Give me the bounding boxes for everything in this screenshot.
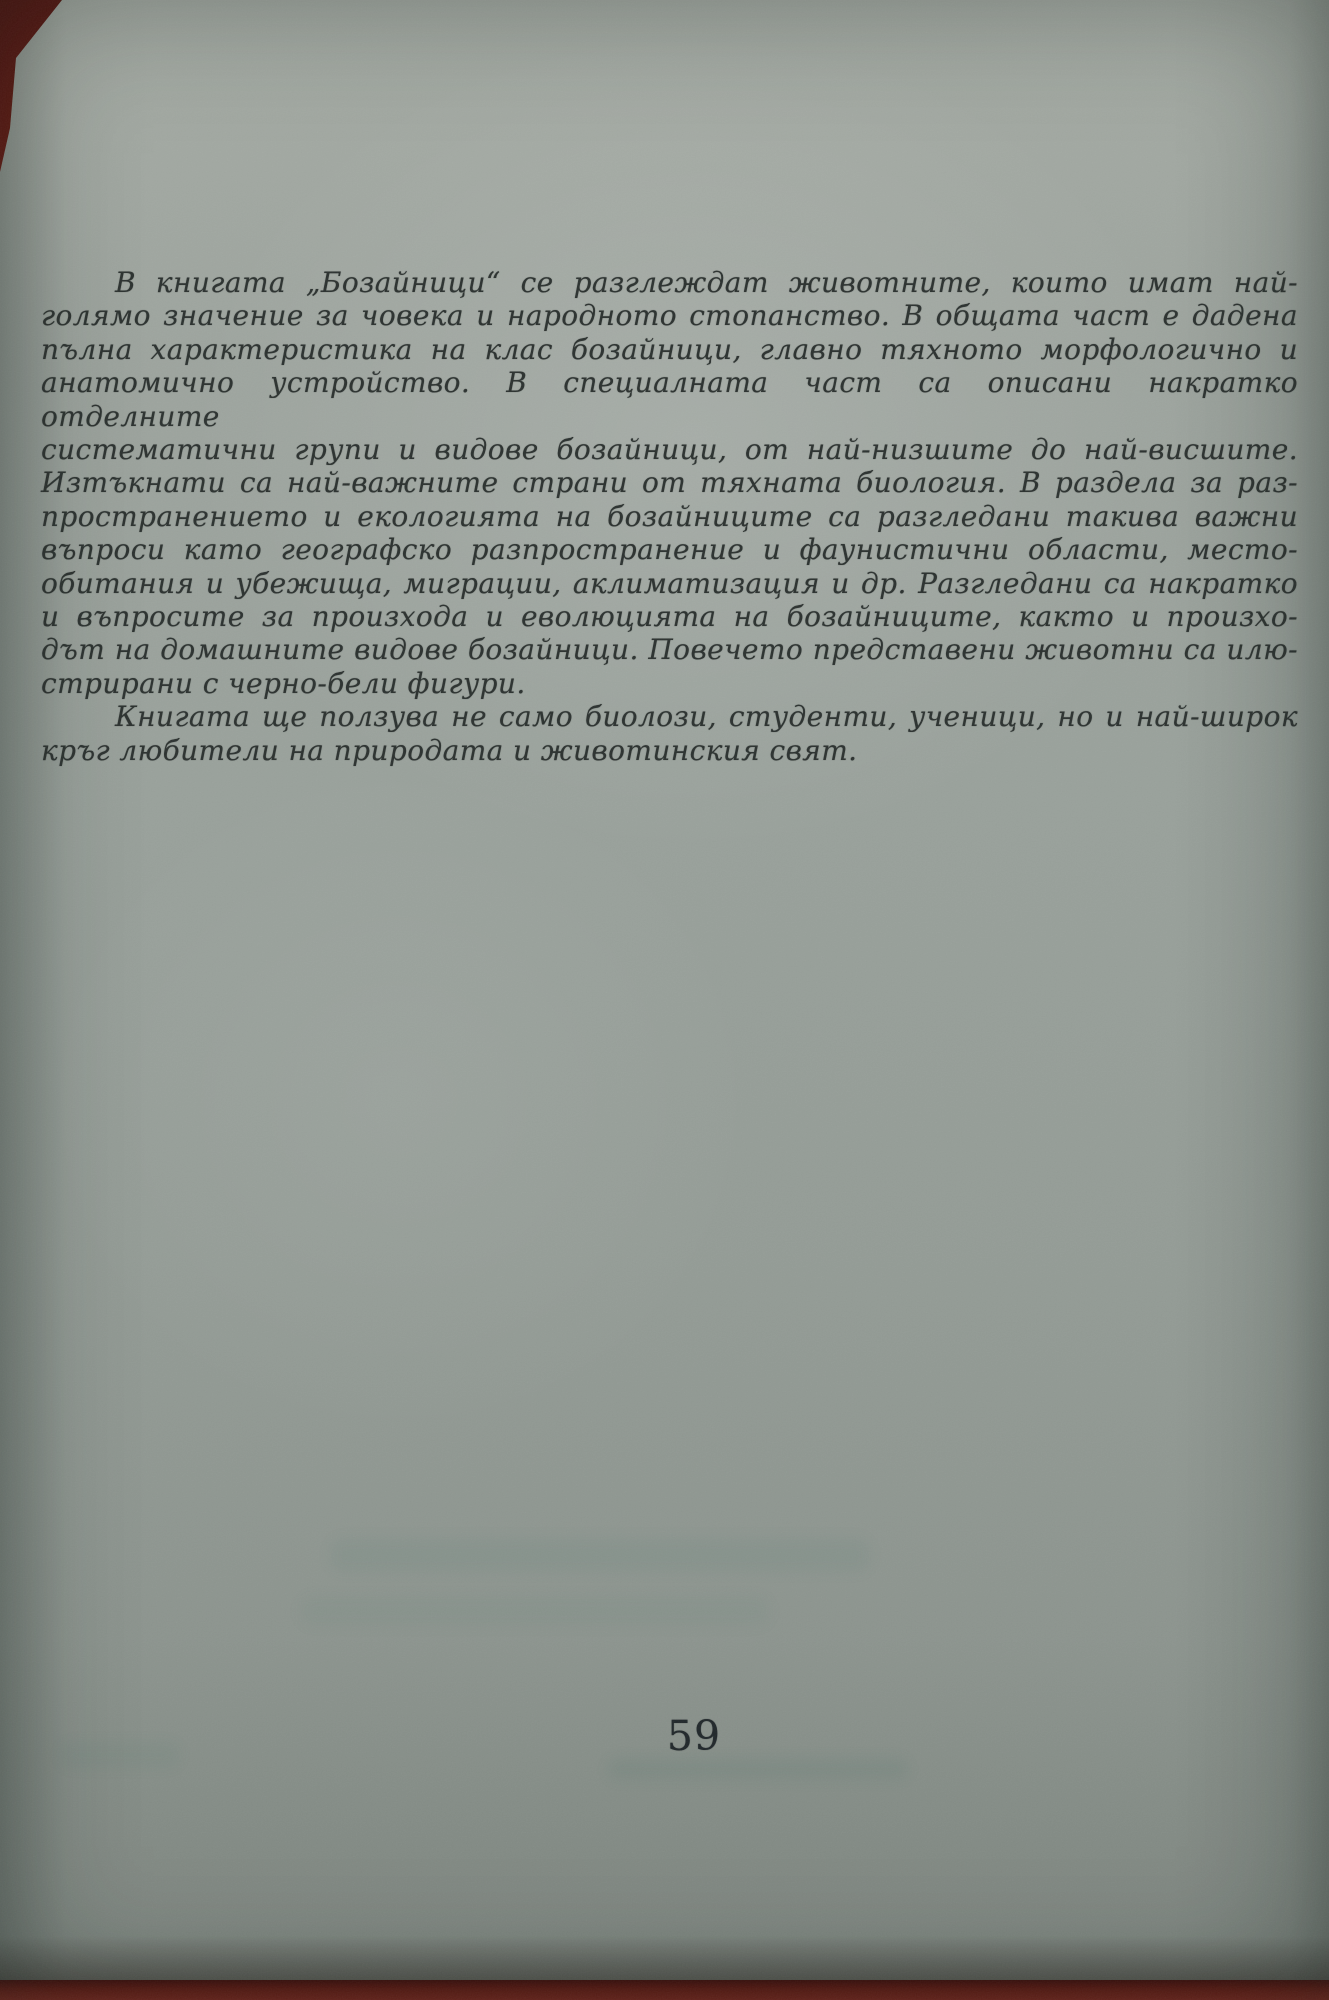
text-line: голямо значение за човека и народното ст… [41,299,1298,332]
text-line: анатомично устройство. В специалната час… [41,366,1298,433]
text-line: въпроси като географско разпространение … [41,533,1298,566]
text-line: стрирани с черно-бели фигури. [41,667,1298,700]
book-binding-bottom-edge [0,1980,1329,2000]
scanned-book-page: В книгата „Бозайници“ се разглеждат живо… [0,0,1329,2000]
text-line: кръг любители на природата и животинския… [41,734,1298,767]
text-line: и въпросите за произхода и еволюцията на… [41,600,1298,633]
text-line: В книгата „Бозайници“ се разглеждат живо… [41,266,1298,299]
text-line: обитания и убежища, миграции, аклиматиза… [41,567,1298,600]
text-line: дът на домашните видове бозайници. Повеч… [41,633,1298,666]
text-block: В книгата „Бозайници“ се разглеждат живо… [41,266,1298,767]
text-line: пълна характеристика на клас бозайници, … [41,333,1298,366]
text-line: пространението и екологията на бозайници… [41,500,1298,533]
page-number: 59 [664,1712,724,1760]
text-line: Изтъкнати са най-важните страни от тяхна… [41,466,1298,499]
text-line: Книгата ще ползува не само биолози, студ… [41,700,1298,733]
text-line: систематични групи и видове бозайници, о… [41,433,1298,466]
